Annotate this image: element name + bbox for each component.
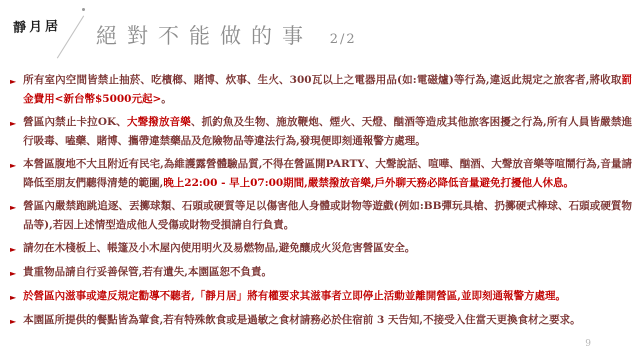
- bullet-marker-icon: ►: [10, 312, 16, 331]
- bullet-text-segment: 請勿在木棧板上、帳篷及小木屋內使用明火及易燃物品,避免釀成火災危害營區安全。: [23, 242, 415, 254]
- bullet-text: 貴重物品請自行妥善保管,若有遺失,本園區恕不負責。: [23, 263, 632, 282]
- bullet-marker-icon: ►: [10, 156, 16, 175]
- bullet-item: ►本園區所提供的餐點皆為葷食,若有特殊飲食或是過敏之食材請務必於住宿前 3 天告…: [10, 311, 632, 331]
- bullet-text: 本園區所提供的餐點皆為葷食,若有特殊飲食或是過敏之食材請務必於住宿前 3 天告知…: [23, 311, 632, 330]
- bullet-item: ►請勿在木棧板上、帳篷及小木屋內使用明火及易燃物品,避免釀成火災危害營區安全。: [10, 239, 632, 259]
- bullet-marker-icon: ►: [10, 198, 16, 217]
- bullet-text: 本營區腹地不大且附近有民宅,為維護露營體驗品質,不得在營區開PARTY、大聲說話…: [23, 155, 632, 193]
- bullet-item: ►本營區腹地不大且附近有民宅,為維護露營體驗品質,不得在營區開PARTY、大聲說…: [10, 155, 632, 193]
- bullet-text-highlight-segment: 大聲撥放音樂: [127, 116, 191, 128]
- bullet-marker-icon: ►: [10, 114, 16, 133]
- slash-dot: [82, 8, 85, 11]
- logo-text: 靜月居: [13, 15, 62, 36]
- bullet-text: 所有室內空間皆禁止抽菸、吃檳榔、賭博、炊事、生火、300瓦以上之電器用品(如:電…: [23, 71, 632, 109]
- bullet-list: ►所有室內空間皆禁止抽菸、吃檳榔、賭博、炊事、生火、300瓦以上之電器用品(如:…: [10, 71, 632, 335]
- bullet-item: ►貴重物品請自行妥善保管,若有遺失,本園區恕不負責。: [10, 263, 632, 283]
- bullet-text-segment: 本園區所提供的餐點皆為葷食,若有特殊飲食或是過敏之食材請務必於住宿前 3 天告知…: [23, 314, 580, 326]
- bullet-text-segment: 營區內禁止卡拉OK、: [23, 116, 127, 128]
- bullet-marker-icon: ►: [10, 240, 16, 259]
- bullet-item: ►營區內禁止卡拉OK、大聲撥放音樂、抓釣魚及生物、施放鞭炮、煙火、天燈、酗酒等造…: [10, 113, 632, 151]
- page-number: 9: [585, 339, 591, 349]
- bullet-text-highlight-segment: 於營區內滋事或違反規定勸導不聽者,「靜月居」將有權要求其滋事者立即停止活動並離開…: [23, 290, 566, 302]
- bullet-marker-icon: ►: [10, 264, 16, 283]
- bullet-text: 營區內嚴禁跑跳追逐、丟擲球類、石頭或硬質等足以傷害他人身體或財物等遊戲(例如:B…: [23, 197, 632, 235]
- page-title: 絕對不能做的事 2/2: [96, 20, 357, 50]
- bullet-item: ►於營區內滋事或違反規定勸導不聽者,「靜月居」將有權要求其滋事者立即停止活動並離…: [10, 287, 632, 307]
- bullet-item: ►所有室內空間皆禁止抽菸、吃檳榔、賭博、炊事、生火、300瓦以上之電器用品(如:…: [10, 71, 632, 109]
- slide: 靜月居 絕對不能做的事 2/2 ►所有室內空間皆禁止抽菸、吃檳榔、賭博、炊事、生…: [0, 0, 640, 360]
- bullet-text-segment: 所有室內空間皆禁止抽菸、吃檳榔、賭博、炊事、生火、300瓦以上之電器用品(如:電…: [23, 74, 621, 86]
- bullet-marker-icon: ►: [10, 288, 16, 307]
- bullet-text-highlight-segment: 晚上22:00 - 早上07:00期間,嚴禁撥放音樂,戶外聊天務必降低音量避免打…: [163, 177, 574, 189]
- bullet-item: ►營區內嚴禁跑跳追逐、丟擲球類、石頭或硬質等足以傷害他人身體或財物等遊戲(例如:…: [10, 197, 632, 235]
- bullet-text-segment: 營區內嚴禁跑跳追逐、丟擲球類、石頭或硬質等足以傷害他人身體或財物等遊戲(例如:B…: [23, 200, 632, 231]
- bullet-text: 請勿在木棧板上、帳篷及小木屋內使用明火及易燃物品,避免釀成火災危害營區安全。: [23, 239, 632, 258]
- bullet-text: 營區內禁止卡拉OK、大聲撥放音樂、抓釣魚及生物、施放鞭炮、煙火、天燈、酗酒等造成…: [23, 113, 632, 151]
- bullet-text-segment: 。: [161, 93, 172, 105]
- bullet-text-segment: 貴重物品請自行妥善保管,若有遺失,本園區恕不負責。: [23, 266, 272, 278]
- title-text: 絕對不能做的事: [96, 24, 313, 48]
- bullet-marker-icon: ►: [10, 72, 16, 91]
- bullet-text: 於營區內滋事或違反規定勸導不聽者,「靜月居」將有權要求其滋事者立即停止活動並離開…: [23, 287, 632, 306]
- title-suffix: 2/2: [330, 32, 357, 47]
